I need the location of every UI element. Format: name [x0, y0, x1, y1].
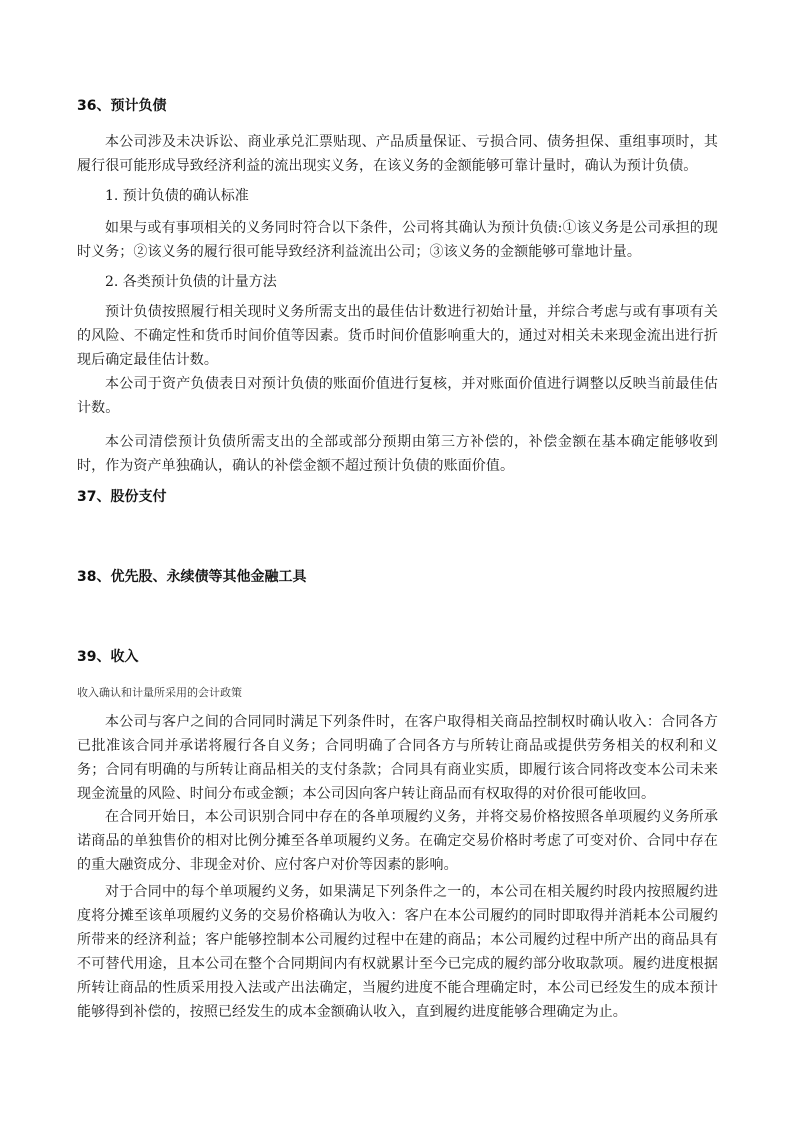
paragraph-review: 本公司于资产负债表日对预计负债的账面价值进行复核，并对账面价值进行调整以反映当前… — [77, 372, 718, 420]
paragraph-compensation: 本公司清偿预计负债所需支出的全部或部分预期由第三方补偿的，补偿金额在基本确定能够… — [77, 430, 718, 478]
paragraph-recognition-criteria: 如果与或有事项相关的义务同时符合以下条件，公司将其确认为预计负债:①该义务是公司… — [77, 216, 718, 264]
paragraph-provisions-intro: 本公司涉及未决诉讼、商业承兑汇票贴现、产品质量保证、亏损合同、债务担保、重组事项… — [77, 130, 718, 178]
subheading-recognition-criteria: 1. 预计负债的确认标准 — [105, 186, 249, 206]
subheading-measurement-methods: 2. 各类预计负债的计量方法 — [105, 272, 277, 292]
section-heading-39: 39、收入 — [77, 648, 138, 666]
section-heading-38: 38、优先股、永续债等其他金融工具 — [77, 568, 306, 586]
section-heading-36: 36、预计负债 — [77, 97, 166, 115]
paragraph-revenue-allocation: 在合同开始日，本公司识别合同中存在的各单项履约义务，并将交易价格按照各单项履约义… — [77, 805, 718, 877]
section-heading-37: 37、股份支付 — [77, 488, 166, 506]
note-revenue-policy: 收入确认和计量所采用的会计政策 — [77, 685, 242, 701]
paragraph-revenue-over-time: 对于合同中的每个单项履约义务，如果满足下列条件之一的，本公司在相关履约时段内按照… — [77, 880, 718, 1024]
paragraph-revenue-conditions: 本公司与客户之间的合同同时满足下列条件时，在客户取得相关商品控制权时确认收入：合… — [77, 710, 718, 806]
paragraph-measurement-methods: 预计负债按照履行相关现时义务所需支出的最佳估计数进行初始计量，并综合考虑与或有事… — [77, 300, 718, 372]
